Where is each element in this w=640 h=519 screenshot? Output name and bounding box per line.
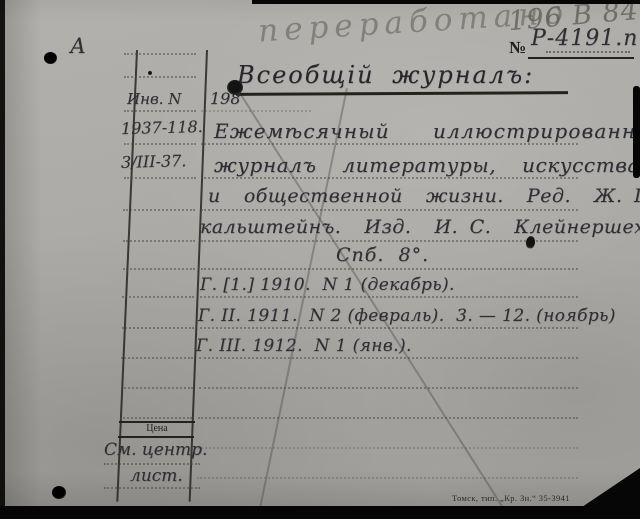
punch-hole-top-left <box>44 52 57 64</box>
ruled-line <box>124 53 196 55</box>
number-underline <box>528 57 634 59</box>
price-value-line-2: лист. <box>130 466 183 486</box>
ruled-line <box>201 268 578 270</box>
description-line-3: и общественной жизни. Ред. Ж. Г. Фин- <box>208 185 640 207</box>
description-line-4: кальштейнъ. Изд. И. С. Клейнершехтъ. <box>200 216 640 238</box>
ruled-line <box>200 327 578 329</box>
ruled-line <box>198 417 578 419</box>
scan-edge-left <box>0 0 5 519</box>
ruled-line <box>201 209 578 211</box>
ruled-line <box>122 296 194 298</box>
ruled-line <box>199 357 578 359</box>
description-line-2: журналъ литературы, искусства, науки <box>214 153 640 177</box>
catalog-card-scan: переработано 196 В 849 ж А № Р-4191.п. В… <box>0 0 640 519</box>
ruled-line <box>199 387 578 389</box>
scan-edge-right <box>633 86 640 178</box>
accession-number: 1937-118. <box>121 117 203 138</box>
registry-number: Р-4191.п. <box>531 26 640 51</box>
ink-blot-large <box>227 80 243 95</box>
card-title: Всеобщій журналъ: <box>237 61 534 89</box>
price-label: Цена <box>128 423 186 435</box>
ruled-line <box>122 327 194 329</box>
ruled-line <box>120 417 192 419</box>
ruled-line <box>104 487 200 489</box>
ruled-line <box>121 387 193 389</box>
accession-date: 3/III-37. <box>121 151 187 172</box>
inventory-label: Инв. N <box>127 90 181 108</box>
ruled-line <box>198 447 578 449</box>
ruled-line <box>124 177 196 179</box>
ruled-line <box>121 357 193 359</box>
corner-letter: А <box>70 34 86 58</box>
ruled-line <box>201 177 578 179</box>
scan-edge-top <box>252 0 640 4</box>
ruled-line <box>104 463 200 465</box>
ruled-line <box>123 268 195 270</box>
ruled-line <box>124 143 196 145</box>
ruled-line <box>197 477 578 479</box>
punch-hole-bottom-left <box>52 486 66 499</box>
price-value-line-1: См. центр. <box>104 440 207 460</box>
holdings-line: Г. III. 1912. N 1 (янв.). <box>196 336 412 356</box>
number-sign: № <box>509 38 526 58</box>
holdings-line: Г. II. 1911. N 2 (февраль). 3. — 12. (но… <box>198 306 616 326</box>
ruled-line <box>200 296 578 298</box>
price-box-bottom-line <box>118 436 194 438</box>
scan-corner-bottom-right <box>582 468 640 507</box>
printer-imprint: Томск, тип. „Кр. Зн.“ 35-3941 <box>452 493 570 503</box>
ruled-line <box>201 240 578 242</box>
ink-dot <box>148 71 152 75</box>
ink-blot-small <box>525 235 536 249</box>
ruled-line <box>201 143 578 145</box>
ruled-line <box>124 110 196 112</box>
description-line-5: Спб. 8°. <box>336 244 429 266</box>
ruled-line <box>201 110 311 112</box>
scan-edge-bottom <box>0 506 640 519</box>
ruled-line <box>123 209 195 211</box>
ruled-line <box>123 240 195 242</box>
ruled-line <box>124 76 196 78</box>
description-line-1: Ежемѣсячный иллюстрированный Всеобщій <box>214 119 640 143</box>
number-dotted-line <box>546 51 630 53</box>
title-underline <box>236 91 568 95</box>
holdings-line: Г. [1.] 1910. N 1 (декабрь). <box>200 275 455 295</box>
